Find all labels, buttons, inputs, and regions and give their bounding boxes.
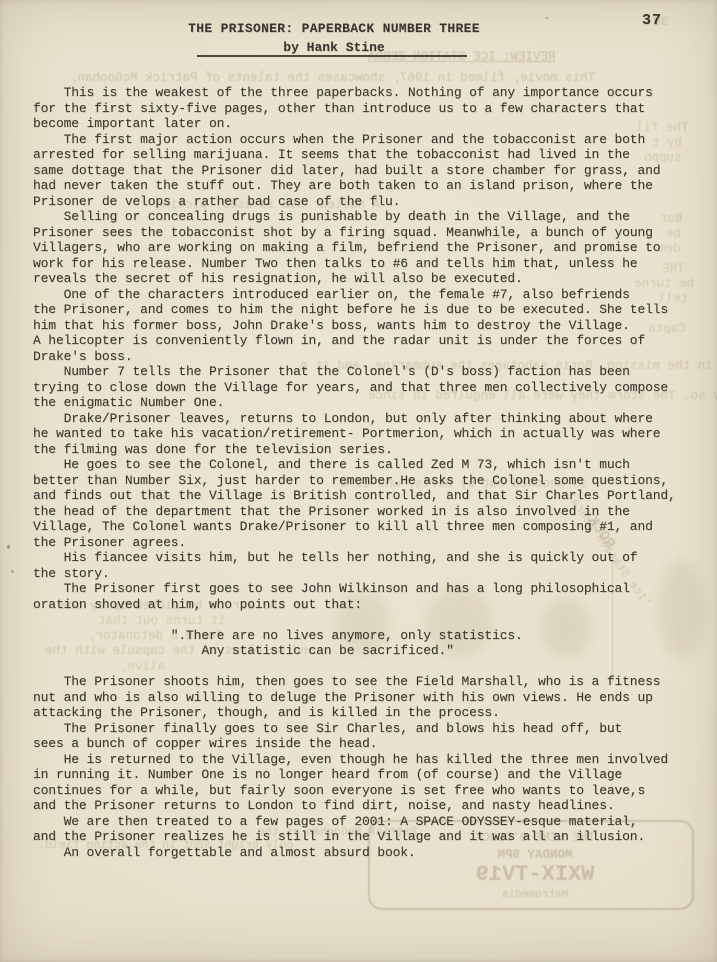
paragraph: This is the weakest of the three paperba… xyxy=(33,85,705,132)
title-underline xyxy=(197,55,467,57)
paragraph: The first major action occurs when the P… xyxy=(33,132,705,210)
bleedthrough-text: WXIX-TV19 xyxy=(400,862,670,887)
paragraph: He is returned to the Village, even thou… xyxy=(33,752,705,814)
article-body: This is the weakest of the three paperba… xyxy=(33,85,705,860)
paragraph: Number 7 tells the Prisoner that the Col… xyxy=(33,364,705,411)
bleedthrough-text: This movie, filmed in 1967, showcases th… xyxy=(70,71,595,85)
paper-speck xyxy=(11,570,14,573)
paragraph: Drake/Prisoner leaves, returns to London… xyxy=(33,411,705,458)
paragraph: One of the characters introduced earlier… xyxy=(33,287,705,365)
paragraph: The Prisoner shoots him, then goes to se… xyxy=(33,674,705,721)
article-byline: by Hank Stine xyxy=(0,40,668,55)
quote-block: ".There are no lives anymore, only stati… xyxy=(33,628,705,659)
article-header: THE PRISONER: PAPERBACK NUMBER THREE by … xyxy=(0,21,668,55)
paper-speck xyxy=(545,17,549,19)
paragraph: An overall forgettable and almost absurd… xyxy=(33,845,705,861)
paper-speck xyxy=(7,545,10,549)
bleedthrough-text: Metromedia xyxy=(400,889,670,901)
scanned-document-page: 38REVIEW: ICE STATION ZEBRAThis movie, f… xyxy=(0,0,717,962)
paragraph: His fiancee visits him, but he tells her… xyxy=(33,550,705,581)
paragraph: The Prisoner first goes to see John Wilk… xyxy=(33,581,705,612)
paragraph: Selling or concealing drugs is punishabl… xyxy=(33,209,705,287)
paragraph: He goes to see the Colonel, and there is… xyxy=(33,457,705,550)
paragraph: The Prisoner finally goes to see Sir Cha… xyxy=(33,721,705,752)
paragraph: We are then treated to a few pages of 20… xyxy=(33,814,705,845)
article-title: THE PRISONER: PAPERBACK NUMBER THREE xyxy=(0,21,668,36)
